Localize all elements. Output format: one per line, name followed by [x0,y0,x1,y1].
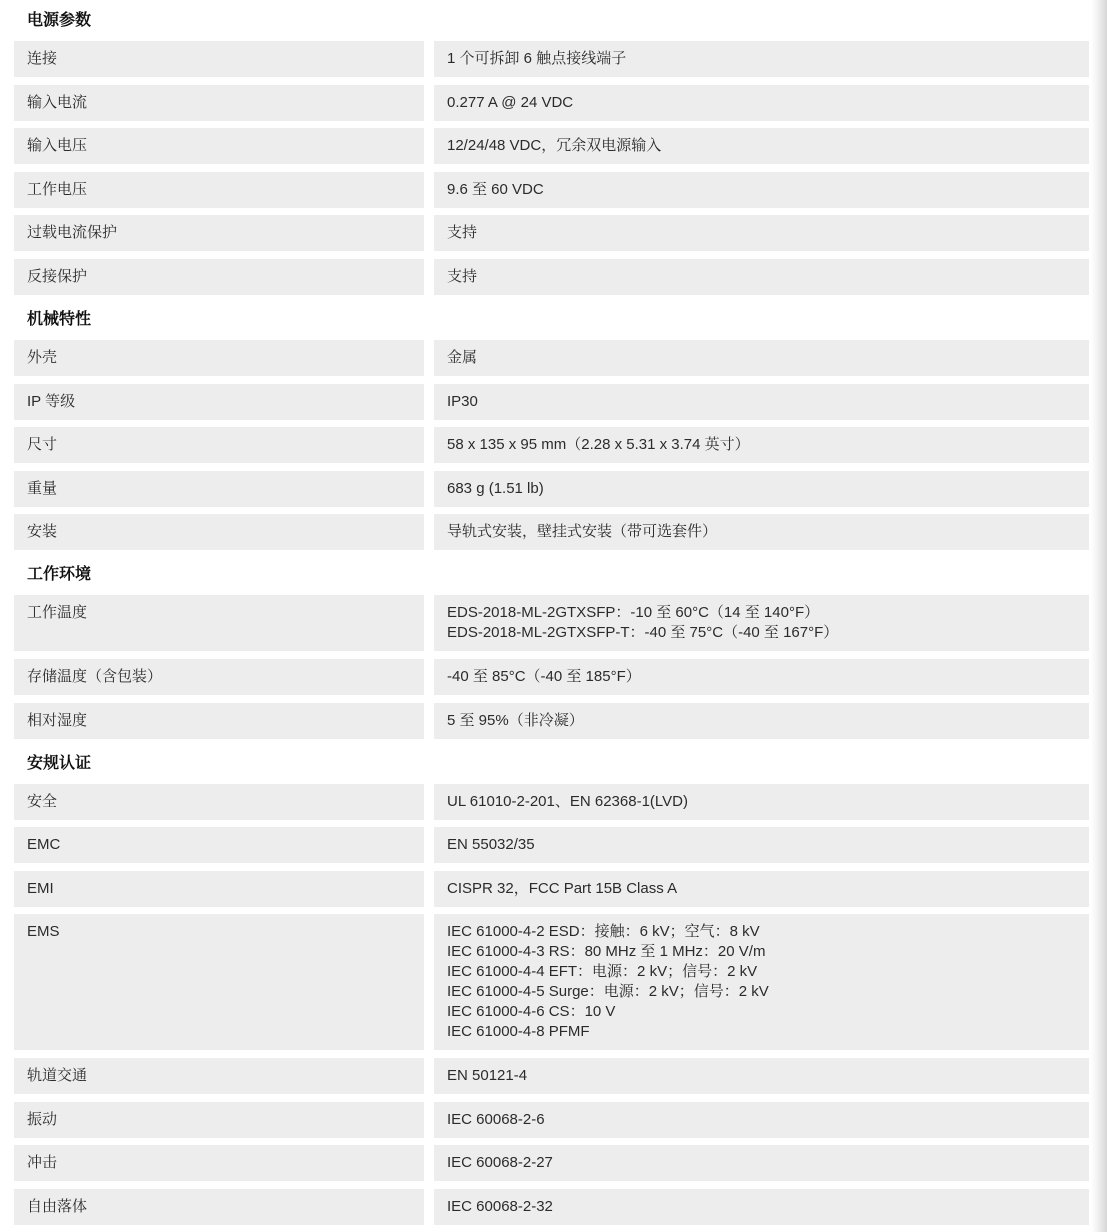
spec-label: 外壳 [14,340,424,376]
section-rows: 外壳 金属 IP 等级 IP30 尺寸 58 x 135 x 95 mm（2.2… [14,340,1089,550]
spec-label: EMC [14,827,424,863]
table-row: IP 等级 IP30 [14,384,1089,420]
spec-value: EDS-2018-ML-2GTXSFP：-10 至 60°C（14 至 140°… [434,595,1089,651]
spec-label: 自由落体 [14,1189,424,1225]
spec-value: 支持 [434,215,1089,251]
spec-section: 机械特性 外壳 金属 IP 等级 IP30 尺寸 58 x 135 x 95 m… [14,309,1089,550]
table-row: 冲击 IEC 60068-2-27 [14,1145,1089,1181]
spec-label: 输入电压 [14,128,424,164]
spec-label: 输入电流 [14,85,424,121]
spec-label: 反接保护 [14,259,424,295]
spec-label: 安全 [14,784,424,820]
spec-value-line: -40 至 85°C（-40 至 185°F） [447,667,1076,687]
table-row: 反接保护 支持 [14,259,1089,295]
section-rows: 连接 1 个可拆卸 6 触点接线端子 输入电流 0.277 A @ 24 VDC… [14,41,1089,295]
spec-value-line: 支持 [447,267,1076,287]
spec-value: 导轨式安装，壁挂式安装（带可选套件） [434,514,1089,550]
spec-value-line: IEC 61000-4-8 PFMF [447,1022,1076,1042]
spec-value-line: IEC 60068-2-6 [447,1110,1076,1130]
spec-value: 683 g (1.51 lb) [434,471,1089,507]
spec-label: 振动 [14,1102,424,1138]
table-row: 连接 1 个可拆卸 6 触点接线端子 [14,41,1089,77]
table-row: 过载电流保护 支持 [14,215,1089,251]
spec-value: 金属 [434,340,1089,376]
spec-value: EN 50121-4 [434,1058,1089,1094]
spec-value-line: IEC 61000-4-5 Surge：电源：2 kV；信号：2 kV [447,982,1076,1002]
spec-value-line: EDS-2018-ML-2GTXSFP：-10 至 60°C（14 至 140°… [447,603,1076,623]
section-rows: 安全 UL 61010-2-201、EN 62368-1(LVD) EMC EN… [14,784,1089,1225]
spec-value: 12/24/48 VDC，冗余双电源输入 [434,128,1089,164]
spec-value-line: EN 55032/35 [447,835,1076,855]
table-row: EMC EN 55032/35 [14,827,1089,863]
spec-value: 5 至 95%（非冷凝） [434,703,1089,739]
spec-value-line: IEC 60068-2-32 [447,1197,1076,1217]
table-row: 重量 683 g (1.51 lb) [14,471,1089,507]
spec-label: 轨道交通 [14,1058,424,1094]
spec-value: IEC 60068-2-32 [434,1189,1089,1225]
spec-section: 安规认证 安全 UL 61010-2-201、EN 62368-1(LVD) E… [14,753,1089,1225]
spec-label: 安装 [14,514,424,550]
spec-value: IEC 60068-2-27 [434,1145,1089,1181]
spec-value: UL 61010-2-201、EN 62368-1(LVD) [434,784,1089,820]
section-title: 电源参数 [27,10,1089,32]
spec-value: 58 x 135 x 95 mm（2.28 x 5.31 x 3.74 英寸） [434,427,1089,463]
spec-label: 工作电压 [14,172,424,208]
spec-value: IP30 [434,384,1089,420]
spec-value-line: 12/24/48 VDC，冗余双电源输入 [447,136,1076,156]
table-row: 外壳 金属 [14,340,1089,376]
table-row: EMI CISPR 32，FCC Part 15B Class A [14,871,1089,907]
spec-label: IP 等级 [14,384,424,420]
spec-value-line: 1 个可拆卸 6 触点接线端子 [447,49,1076,69]
spec-value-line: 0.277 A @ 24 VDC [447,93,1076,113]
table-row: 输入电流 0.277 A @ 24 VDC [14,85,1089,121]
spec-value-line: CISPR 32，FCC Part 15B Class A [447,879,1076,899]
section-rows: 工作温度 EDS-2018-ML-2GTXSFP：-10 至 60°C（14 至… [14,595,1089,738]
section-title: 机械特性 [27,309,1089,331]
spec-value: IEC 60068-2-6 [434,1102,1089,1138]
section-title: 安规认证 [27,753,1089,775]
spec-value-line: 58 x 135 x 95 mm（2.28 x 5.31 x 3.74 英寸） [447,435,1076,455]
table-row: EMS IEC 61000-4-2 ESD：接触：6 kV；空气：8 kVIEC… [14,914,1089,1050]
spec-value-line: IP30 [447,392,1076,412]
table-row: 存储温度（含包装） -40 至 85°C（-40 至 185°F） [14,659,1089,695]
table-row: 输入电压 12/24/48 VDC，冗余双电源输入 [14,128,1089,164]
spec-section: 工作环境 工作温度 EDS-2018-ML-2GTXSFP：-10 至 60°C… [14,564,1089,738]
spec-value-line: EDS-2018-ML-2GTXSFP-T：-40 至 75°C（-40 至 1… [447,623,1076,643]
spec-value: -40 至 85°C（-40 至 185°F） [434,659,1089,695]
spec-label: 存储温度（含包装） [14,659,424,695]
spec-value-line: 支持 [447,223,1076,243]
table-row: 安装 导轨式安装，壁挂式安装（带可选套件） [14,514,1089,550]
table-row: 安全 UL 61010-2-201、EN 62368-1(LVD) [14,784,1089,820]
table-row: 尺寸 58 x 135 x 95 mm（2.28 x 5.31 x 3.74 英… [14,427,1089,463]
spec-value: 1 个可拆卸 6 触点接线端子 [434,41,1089,77]
spec-value: 0.277 A @ 24 VDC [434,85,1089,121]
spec-value-line: IEC 61000-4-4 EFT：电源：2 kV；信号：2 kV [447,962,1076,982]
spec-label: 连接 [14,41,424,77]
spec-section: 电源参数 连接 1 个可拆卸 6 触点接线端子 输入电流 0.277 A @ 2… [14,10,1089,295]
spec-page: 电源参数 连接 1 个可拆卸 6 触点接线端子 输入电流 0.277 A @ 2… [0,0,1107,1225]
spec-label: EMI [14,871,424,907]
spec-value: EN 55032/35 [434,827,1089,863]
spec-value-line: IEC 60068-2-27 [447,1153,1076,1173]
spec-value-line: UL 61010-2-201、EN 62368-1(LVD) [447,792,1076,812]
spec-value-line: 683 g (1.51 lb) [447,479,1076,499]
spec-value-line: 5 至 95%（非冷凝） [447,711,1076,731]
section-title: 工作环境 [27,564,1089,586]
spec-value: IEC 61000-4-2 ESD：接触：6 kV；空气：8 kVIEC 610… [434,914,1089,1050]
table-row: 相对湿度 5 至 95%（非冷凝） [14,703,1089,739]
table-row: 振动 IEC 60068-2-6 [14,1102,1089,1138]
table-row: 工作电压 9.6 至 60 VDC [14,172,1089,208]
spec-value-line: IEC 61000-4-3 RS：80 MHz 至 1 MHz：20 V/m [447,942,1076,962]
spec-label: 工作温度 [14,595,424,651]
spec-label: 过载电流保护 [14,215,424,251]
spec-value-line: 金属 [447,348,1076,368]
table-row: 自由落体 IEC 60068-2-32 [14,1189,1089,1225]
spec-value: CISPR 32，FCC Part 15B Class A [434,871,1089,907]
spec-label: 重量 [14,471,424,507]
spec-value-line: 导轨式安装，壁挂式安装（带可选套件） [447,522,1076,542]
spec-label: 冲击 [14,1145,424,1181]
spec-label: 尺寸 [14,427,424,463]
table-row: 轨道交通 EN 50121-4 [14,1058,1089,1094]
spec-value: 9.6 至 60 VDC [434,172,1089,208]
spec-value: 支持 [434,259,1089,295]
spec-label: 相对湿度 [14,703,424,739]
table-row: 工作温度 EDS-2018-ML-2GTXSFP：-10 至 60°C（14 至… [14,595,1089,651]
spec-value-line: IEC 61000-4-6 CS：10 V [447,1002,1076,1022]
spec-value-line: EN 50121-4 [447,1066,1076,1086]
spec-value-line: 9.6 至 60 VDC [447,180,1076,200]
spec-value-line: IEC 61000-4-2 ESD：接触：6 kV；空气：8 kV [447,922,1076,942]
spec-label: EMS [14,914,424,1050]
